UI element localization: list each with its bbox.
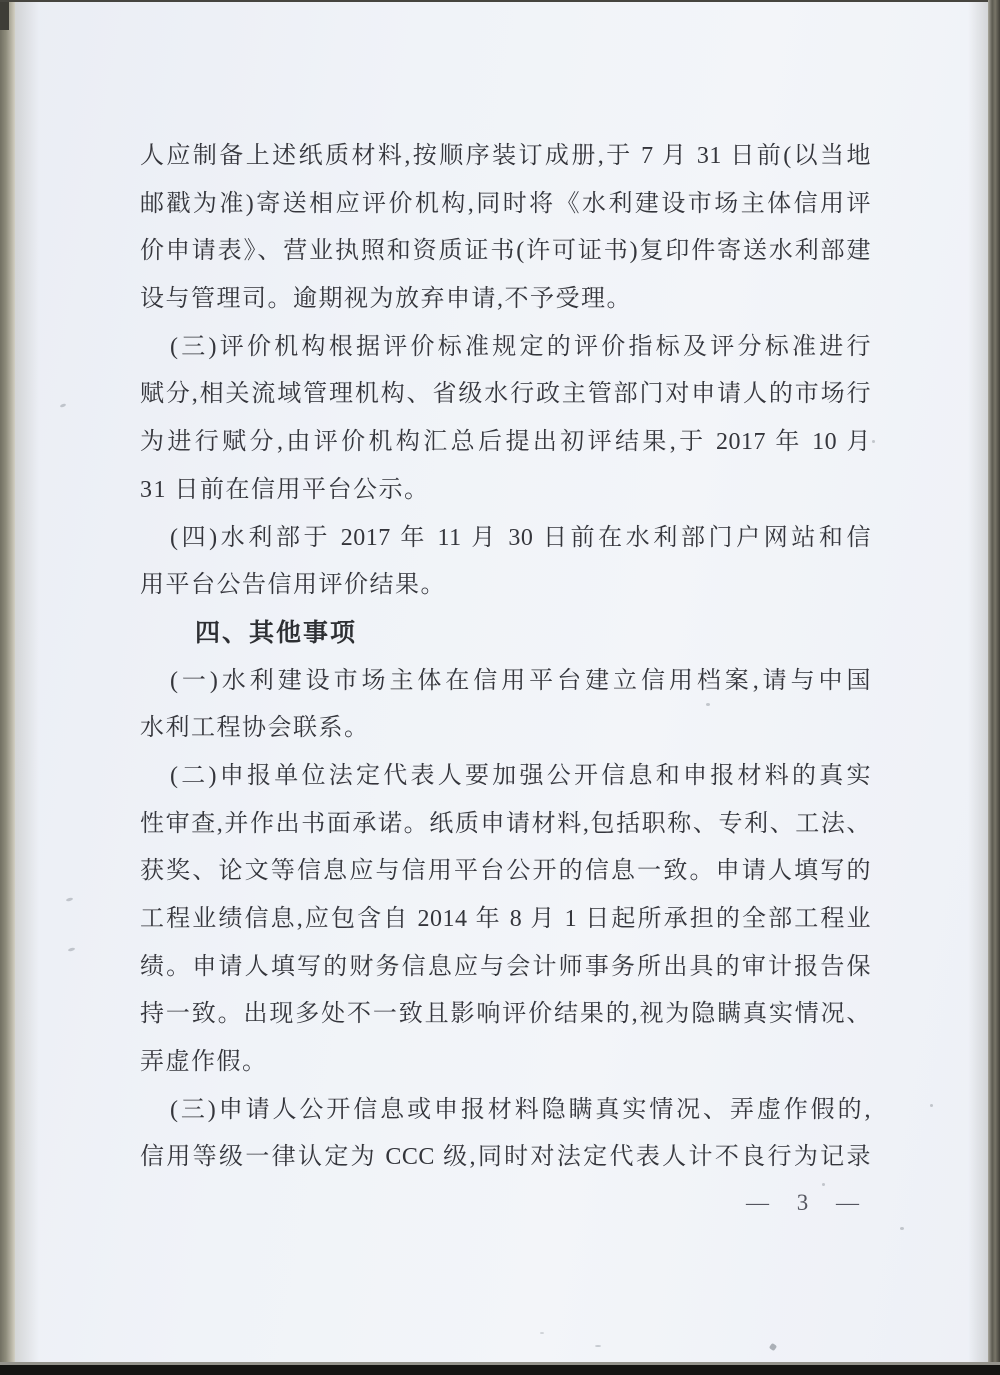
scan-edge-top [0,0,1000,2]
text-line: 工程业绩信息,应包含自 2014 年 8 月 1 日起所承担的全部工程业 [140,896,871,944]
scan-speckle [60,403,67,408]
paper-shade-right [968,0,988,1375]
text-line: 设与管理司。逾期视为放弃申请,不予受理。 [140,276,871,324]
text-line: (三)评价机构根据评价标准规定的评价指标及评分标准进行 [140,324,871,372]
scan-speckle [595,1345,601,1347]
text-line: 水利工程协会联系。 [140,705,871,753]
text-line: 弄虚作假。 [140,1039,871,1087]
text-line: (一)水利建设市场主体在信用平台建立信用档案,请与中国 [140,658,871,706]
scan-speckle [706,703,710,706]
text-line: 持一致。出现多处不一致且影响评价结果的,视为隐瞒真实情况、 [140,991,871,1039]
document-text: 人应制备上述纸质材料,按顺序装订成册,于 7 月 31 日前(以当地邮戳为准)寄… [140,133,871,1182]
page-number: — 3 — [746,1190,861,1216]
scan-edge-bottom [0,1362,1000,1375]
scan-speckle [68,947,76,952]
scan-edge-left [0,0,15,1375]
paper-shade-left [15,0,39,1375]
text-line: (四)水利部于 2017 年 11 月 30 日前在水利部门户网站和信 [140,515,871,563]
scanned-document-page: 人应制备上述纸质材料,按顺序装订成册,于 7 月 31 日前(以当地邮戳为准)寄… [0,0,1000,1375]
scan-edge-right [988,0,1000,1375]
scan-speckle [872,440,875,443]
scan-speckle [930,1104,933,1107]
text-line: 赋分,相关流域管理机构、省级水行政主管部门对申请人的市场行 [140,371,871,419]
scan-speckle [900,1227,904,1230]
text-line: 性审查,并作出书面承诺。纸质申请材料,包括职称、专利、工法、 [140,801,871,849]
text-line: 邮戳为准)寄送相应评价机构,同时将《水利建设市场主体信用评 [140,181,871,229]
text-line: 31 日前在信用平台公示。 [140,467,871,515]
text-line: 用平台公告信用评价结果。 [140,562,871,610]
section-heading: 四、其他事项 [140,610,871,658]
text-line: 绩。申请人填写的财务信息应与会计师事务所出具的审计报告保 [140,944,871,992]
text-line: 价申请表》、营业执照和资质证书(许可证书)复印件寄送水利部建 [140,228,871,276]
text-line: (三)申请人公开信息或申报材料隐瞒真实情况、弄虚作假的, [140,1087,871,1135]
text-line: 信用等级一律认定为 CCC 级,同时对法定代表人计不良行为记录 [140,1134,871,1182]
scan-speckle [769,1343,777,1351]
scan-speckle [66,897,74,902]
text-line: (二)申报单位法定代表人要加强公开信息和申报材料的真实 [140,753,871,801]
scan-speckle [540,1332,544,1334]
scan-speckle [822,1183,825,1186]
text-line: 为进行赋分,由评价机构汇总后提出初评结果,于 2017 年 10 月 [140,419,871,467]
text-line: 获奖、论文等信息应与信用平台公开的信息一致。申请人填写的 [140,848,871,896]
scan-corner-top-left [0,0,9,30]
text-line: 人应制备上述纸质材料,按顺序装订成册,于 7 月 31 日前(以当地 [140,133,871,181]
